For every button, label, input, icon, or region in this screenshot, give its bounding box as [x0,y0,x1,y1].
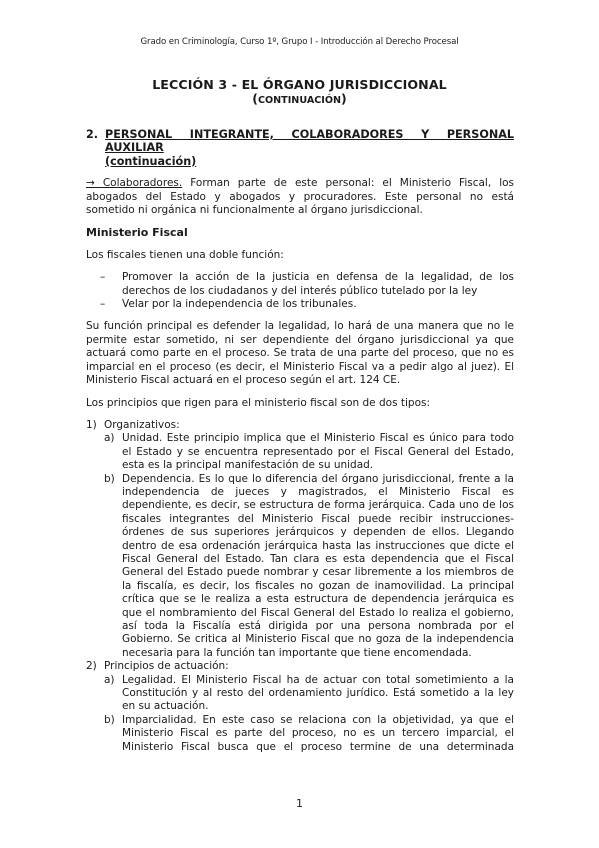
list-number: 2) [86,660,104,754]
section-title-continuation: (continuación) [105,155,514,168]
list-item: – Velar por la independencia de los trib… [86,298,514,311]
list-number: 1) [86,419,104,660]
lesson-title: LECCIÓN 3 - EL ÓRGANO JURISDICCIONAL [0,77,599,92]
list-item-text: Promover la acción de la justicia en def… [122,271,514,298]
colaboradores-label: → Colaboradores. [86,177,182,189]
colaboradores-paragraph: → Colaboradores. Forman parte de este pe… [86,177,514,217]
subtitle-text: CONTINUACIÓN [258,95,341,106]
principle-group-actuacion: 2) Principios de actuación: a) Legalidad… [86,660,514,754]
principle-item-imparcialidad: b) Imparcialidad. En este caso se relaci… [104,714,514,754]
section-heading: 2. PERSONAL INTEGRANTE, COLABORADORES Y … [86,128,514,155]
dash-bullet: – [86,271,122,298]
principle-text: Unidad. Este principio implica que el Mi… [122,432,514,472]
section-number: 2. [86,128,105,155]
list-letter: b) [104,473,122,661]
subtitle-close-paren: ) [341,91,347,106]
dash-bullet: – [86,298,122,311]
principles-intro: Los principios que rigen para el ministe… [86,397,514,410]
page-number: 1 [0,797,599,810]
list-item: – Promover la acción de la justicia en d… [86,271,514,298]
principle-item-legalidad: a) Legalidad. El Ministerio Fiscal ha de… [104,674,514,714]
lesson-subtitle: (CONTINUACIÓN) [0,91,599,106]
principle-group-label: Organizativos: [104,419,514,432]
list-letter: a) [104,432,122,472]
principal-function-paragraph: Su función principal es defender la lega… [86,320,514,387]
running-header: Grado en Criminología, Curso 1º, Grupo I… [0,37,599,47]
principle-group-organizativos: 1) Organizativos: a) Unidad. Este princi… [86,419,514,660]
functions-intro: Los fiscales tienen una doble función: [86,249,514,262]
section-title: PERSONAL INTEGRANTE, COLABORADORES Y PER… [105,128,514,154]
principle-item-unidad: a) Unidad. Este principio implica que el… [104,432,514,472]
list-letter: b) [104,714,122,754]
list-item-text: Velar por la independencia de los tribun… [122,298,514,311]
principle-text: Imparcialidad. En este caso se relaciona… [122,714,514,754]
ministerio-fiscal-heading: Ministerio Fiscal [86,226,514,239]
principle-item-dependencia: b) Dependencia. Es lo que lo diferencia … [104,473,514,661]
document-page: Grado en Criminología, Curso 1º, Grupo I… [0,0,599,848]
list-letter: a) [104,674,122,714]
principle-text: Dependencia. Es lo que lo diferencia del… [122,473,514,661]
functions-list: – Promover la acción de la justicia en d… [86,271,514,311]
principle-text: Legalidad. El Ministerio Fiscal ha de ac… [122,674,514,714]
document-body: 2. PERSONAL INTEGRANTE, COLABORADORES Y … [86,128,514,754]
principle-group-label: Principios de actuación: [104,660,514,673]
